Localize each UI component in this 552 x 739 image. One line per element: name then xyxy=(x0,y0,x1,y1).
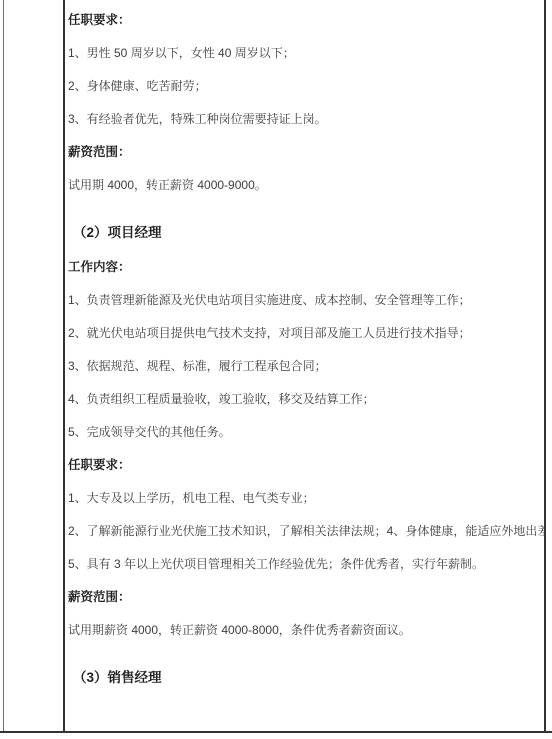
document-page: 任职要求：1、男性 50 周岁以下，女性 40 周岁以下；2、身体健康、吃苦耐劳… xyxy=(0,0,552,739)
section-label: 薪资范围： xyxy=(68,589,545,605)
table-border-bottom xyxy=(0,731,552,733)
paragraph: 5、完成领导交代的其他任务。 xyxy=(68,424,545,440)
paragraph: 4、负责组织工程质量验收，竣工验收，移交及结算工作； xyxy=(68,391,545,407)
paragraph: 2、身体健康、吃苦耐劳； xyxy=(68,78,545,94)
paragraph: 试用期薪资 4000，转正薪资 4000-8000，条件优秀者薪资面议。 xyxy=(68,622,545,638)
position-heading: （3）销售经理 xyxy=(68,669,545,687)
paragraph: 3、有经验者优先，特殊工种岗位需要持证上岗。 xyxy=(68,111,545,127)
paragraph: 5、具有 3 年以上光伏项目管理相关工作经验优先；条件优秀者，实行年薪制。 xyxy=(68,556,545,572)
document-content: 任职要求：1、男性 50 周岁以下，女性 40 周岁以下；2、身体健康、吃苦耐劳… xyxy=(68,12,545,731)
position-heading: （2）项目经理 xyxy=(68,224,545,242)
paragraph: 2、了解新能源行业光伏施工技术知识，了解相关法律法规；4、身体健康，能适应外地出… xyxy=(68,523,545,539)
section-label: 任职要求： xyxy=(68,457,545,473)
table-border-column-divider xyxy=(63,0,65,732)
paragraph: 1、负责管理新能源及光伏电站项目实施进度、成本控制、安全管理等工作； xyxy=(68,292,545,308)
paragraph: 1、男性 50 周岁以下，女性 40 周岁以下； xyxy=(68,45,545,61)
paragraph: 1、大专及以上学历，机电工程、电气类专业； xyxy=(68,490,545,506)
paragraph: 试用期 4000，转正薪资 4000-9000。 xyxy=(68,177,545,193)
paragraph: 3、依据规范、规程、标准，履行工程承包合同； xyxy=(68,358,545,374)
section-label: 工作内容： xyxy=(68,259,545,275)
section-label: 薪资范围： xyxy=(68,144,545,160)
section-label: 任职要求： xyxy=(68,12,545,28)
table-border-outer-left xyxy=(3,0,4,732)
paragraph: 2、就光伏电站项目提供电气技术支持，对项目部及施工人员进行技术指导； xyxy=(68,325,545,341)
